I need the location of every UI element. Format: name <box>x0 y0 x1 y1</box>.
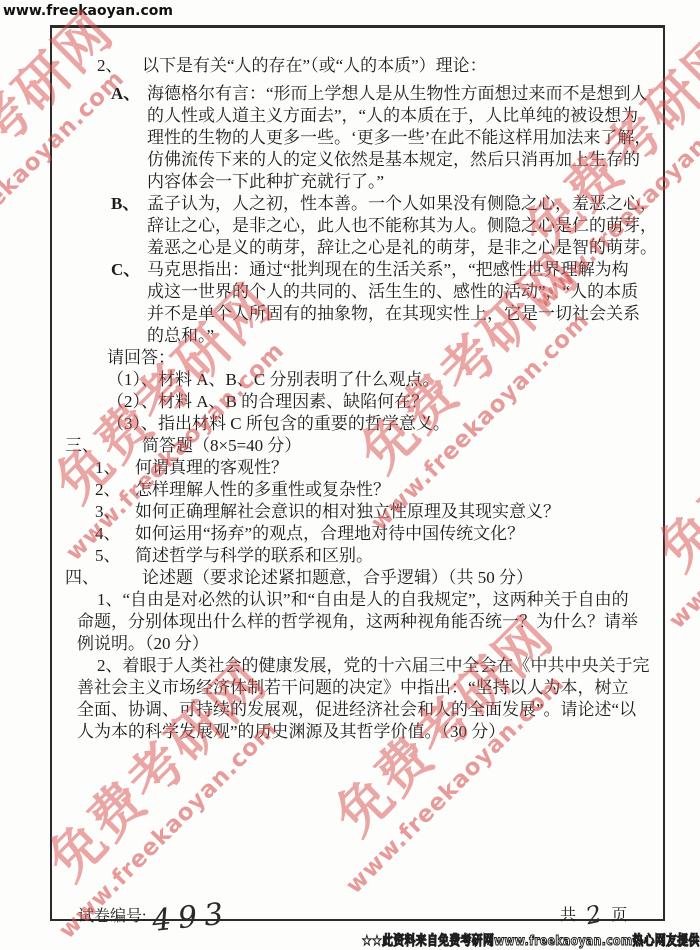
material-b-line: 孟子认为，人之初，性本善。一个人如果没有侧隐之心，羞恶之心， <box>147 193 657 215</box>
essay-1-line: 命题，分别体现出什么样的哲学视角，这两种视角能否统一？为什么？请举 <box>77 611 663 633</box>
item-text: 如何运用“扬弃”的观点，合理地对待中国传统文化？ <box>135 523 524 545</box>
section-4-heading: 四、 论述题（要求论述紧扣题意，合乎逻辑）（共 50 分） <box>65 567 663 589</box>
material-b-line: 羞恶之心是义的萌芽，辞让之心是礼的萌芽，是非之心是智的萌芽。 <box>147 237 657 259</box>
exam-page: 2、 以下是有关“人的存在”（或“人的本质”）理论： A、 海德格尔有言：“形而… <box>50 25 665 921</box>
essay-1-line: 例说明。（20 分） <box>77 633 663 655</box>
sub-question-1: （1）、材料 A、B、C 分别表明了什么观点。 <box>107 369 663 391</box>
page-count-prefix: 共 <box>560 907 576 924</box>
section-3-title: 简答题（8×5=40 分） <box>142 435 301 457</box>
material-b-line: 辞让之心，是非之心，此人也不能称其为人。侧隐之心是仁的萌芽， <box>147 215 657 237</box>
short-answer-item: 3、 如何正确理解社会意识的相对独立性原理及其现实意义？ <box>95 501 663 523</box>
section-4-title: 论述题（要求论述紧扣题意，合乎逻辑）（共 50 分） <box>142 567 533 589</box>
page-count-suffix: 页 <box>611 907 627 924</box>
item-text: 简述哲学与科学的联系和区别。 <box>135 545 373 567</box>
essay-question-2: 2、着眼于人类社会的健康发展，党的十六届三中全会在《中共中央关于完 善社会主义市… <box>77 655 663 743</box>
material-a-line: 海德格尔有言：“形而上学想人是从生物性方面想过来而不是想到人 <box>147 83 651 105</box>
essay-question-1: 1、“自由是对必然的认识”和“自由是人的自我规定”，这两种关于自由的 命题，分别… <box>77 589 663 655</box>
sub-question-3: （3）、指出材料 C 所包含的重要的哲学意义。 <box>107 413 663 435</box>
material-a-line: 仿佛流传下来的人的定义依然是基本规定，然后只消再加上生存的 <box>147 149 651 171</box>
page-count-handwritten: 2 <box>583 900 604 931</box>
short-answer-item: 2、 怎样理解人性的多重性或复杂性？ <box>95 479 663 501</box>
material-a-line: 的人性或人道主义方面去”，“人的本质在于，人比单纯的被设想为 <box>147 105 651 127</box>
material-a-line: 理性的生物的人更多一些。‘更多一些’在此不能这样用加法来了解， <box>147 127 651 149</box>
answer-prompt: 请回答： <box>107 347 663 369</box>
section-3-label: 三、 <box>65 435 142 457</box>
essay-2-line: 人为本的科学发展观”的历史渊源及其哲学价值。（30 分） <box>77 721 663 743</box>
material-c-label: C、 <box>111 259 147 347</box>
item-number: 3、 <box>95 501 135 523</box>
page-count: 共2页 <box>560 901 627 929</box>
paper-number: 试卷编号:493 <box>78 900 231 935</box>
item-text: 如何正确理解社会意识的相对独立性原理及其现实意义？ <box>135 501 560 523</box>
watermark-url-text: www.freekaoyan.com <box>664 388 700 634</box>
material-c-line: 成这一世界的个人的共同的、活生生的、感性的活动”，“人的本质 <box>147 281 640 303</box>
material-c-line: 的总和。” <box>147 325 640 347</box>
short-answer-item: 1、 何谓真理的客观性？ <box>95 457 663 479</box>
item-number: 5、 <box>95 545 135 567</box>
material-a: A、 海德格尔有言：“形而上学想人是从生物性方面想过来而不是想到人 的人性或人道… <box>111 83 663 193</box>
paper-number-handwritten: 493 <box>151 896 232 939</box>
item-number: 2、 <box>95 479 135 501</box>
material-c: C、 马克思指出：通过“批判现在的生活关系”，“把感性世界理解为构 成这一世界的… <box>111 259 663 347</box>
essay-2-line: 2、着眼于人类社会的健康发展，党的十六届三中全会在《中共中央关于完 <box>97 655 663 677</box>
material-a-label: A、 <box>111 83 147 193</box>
material-c-line: 并不是单个人所固有的抽象物，在其现实性上，它是一切社会关系 <box>147 303 640 325</box>
short-answer-item: 4、 如何运用“扬弃”的观点，合理地对待中国传统文化？ <box>95 523 663 545</box>
question-2-number: 2、 <box>97 55 142 77</box>
section-3-heading: 三、 简答题（8×5=40 分） <box>65 435 663 457</box>
sub-question-2: （2）、材料 A、B 的合理因素、缺陷何在？ <box>107 391 663 413</box>
question-2: 2、 以下是有关“人的存在”（或“人的本质”）理论： <box>97 55 663 77</box>
material-b-label: B、 <box>111 193 147 259</box>
essay-2-line: 全面、协调、可持续的发展观，促进经济社会和人的全面发展”。请论述“以 <box>77 699 663 721</box>
item-number: 1、 <box>95 457 135 479</box>
footer-banner: ★★此资料来自免费考研网www.freekaoyan.com热心网友提供★★ <box>362 929 700 949</box>
question-2-text: 以下是有关“人的存在”（或“人的本质”）理论： <box>142 55 487 77</box>
item-text: 何谓真理的客观性？ <box>135 457 288 479</box>
site-url-text: www.freekaoyan.com <box>3 3 173 19</box>
item-number: 4、 <box>95 523 135 545</box>
section-4-label: 四、 <box>65 567 142 589</box>
short-answer-item: 5、 简述哲学与科学的联系和区别。 <box>95 545 663 567</box>
essay-2-line: 善社会主义市场经济体制若干问题的决定》中指出：“坚持以人为本，树立 <box>77 677 663 699</box>
material-c-line: 马克思指出：通过“批判现在的生活关系”，“把感性世界理解为构 <box>147 259 640 281</box>
paper-number-label: 试卷编号: <box>78 908 146 925</box>
essay-1-line: 1、“自由是对必然的认识”和“自由是人的自我规定”，这两种关于自由的 <box>97 589 663 611</box>
material-b: B、 孟子认为，人之初，性本善。一个人如果没有侧隐之心，羞恶之心， 辞让之心，是… <box>111 193 663 259</box>
material-a-line: 内容体会一下此种扩充就行了。” <box>147 171 651 193</box>
item-text: 怎样理解人性的多重性或复杂性？ <box>135 479 390 501</box>
